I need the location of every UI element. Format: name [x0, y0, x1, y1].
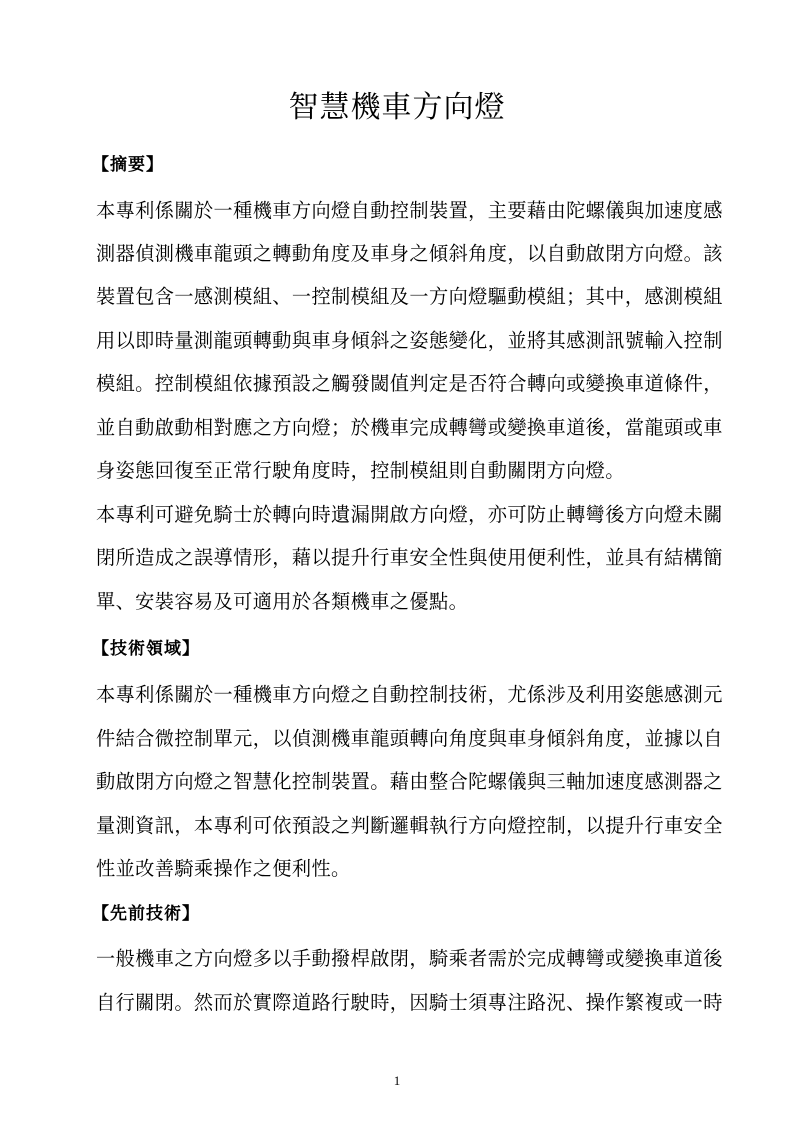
- abstract-line: 單、安裝容易及可適用於各類機車之優點。: [96, 589, 700, 615]
- abstract-line: 模組。控制模組依據預設之觸發閾值判定是否符合轉向或變換車道條件，: [96, 371, 700, 397]
- technical-field-line: 件結合微控制單元，以偵測機車龍頭轉向角度與車身傾斜角度，並據以自: [96, 726, 700, 752]
- prior-art-line: 一般機車之方向燈多以手動撥桿啟閉，騎乘者需於完成轉彎或變換車道後: [96, 946, 700, 972]
- abstract-line: 並自動啟動相對應之方向燈；於機車完成轉彎或變換車道後，當龍頭或車: [96, 415, 700, 441]
- technical-field-line: 動啟閉方向燈之智慧化控制裝置。藉由整合陀螺儀與三軸加速度感測器之: [96, 769, 700, 795]
- page-number: 1: [0, 1073, 794, 1089]
- technical-field-line: 性並改善騎乘操作之便利性。: [96, 856, 700, 882]
- abstract-line: 裝置包含一感測模組、一控制模組及一方向燈驅動模組；其中，感測模組: [96, 284, 700, 310]
- document-title: 智慧機車方向燈: [0, 88, 794, 128]
- section-heading-abstract: 【摘要】: [92, 153, 164, 177]
- abstract-line: 本專利係關於一種機車方向燈自動控制裝置，主要藉由陀螺儀與加速度感: [96, 198, 700, 224]
- section-heading-technical-field: 【技術領域】: [92, 637, 200, 661]
- abstract-line: 測器偵測機車龍頭之轉動角度及車身之傾斜角度，以自動啟閉方向燈。該: [96, 241, 700, 267]
- technical-field-line: 本專利係關於一種機車方向燈之自動控制技術，尤係涉及利用姿態感測元: [96, 682, 700, 708]
- abstract-line: 閉所造成之誤導情形，藉以提升行車安全性與使用便利性，並具有結構簡: [96, 545, 700, 571]
- abstract-line: 本專利可避免騎士於轉向時遺漏開啟方向燈，亦可防止轉彎後方向燈未關: [96, 502, 700, 528]
- prior-art-line: 自行關閉。然而於實際道路行駛時，因騎士須專注路況、操作繁複或一時: [96, 990, 700, 1016]
- section-heading-prior-art: 【先前技術】: [92, 902, 200, 926]
- technical-field-line: 量測資訊，本專利可依預設之判斷邏輯執行方向燈控制，以提升行車安全: [96, 813, 700, 839]
- abstract-line: 身姿態回復至正常行駛角度時，控制模組則自動關閉方向燈。: [96, 458, 700, 484]
- abstract-line: 用以即時量測龍頭轉動與車身傾斜之姿態變化，並將其感測訊號輸入控制: [96, 328, 700, 354]
